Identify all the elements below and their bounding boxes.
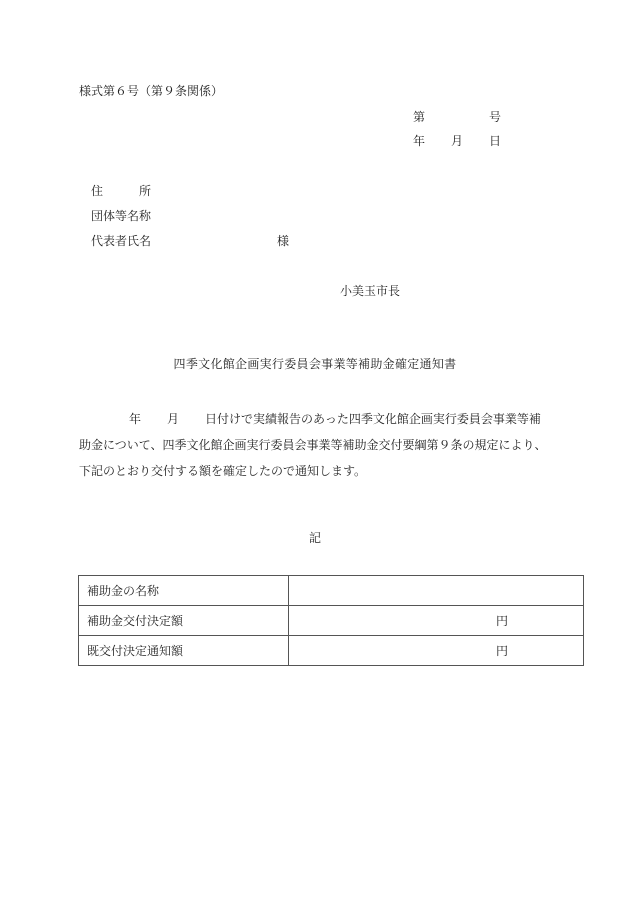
recipient-organization-label: 団体等名称 xyxy=(91,209,151,223)
recipient-representative-label: 代表者氏名 xyxy=(91,234,151,248)
recipient-address-label: 住 所 xyxy=(91,184,151,198)
body-month: 月 xyxy=(167,406,179,432)
date-day: 日 xyxy=(489,134,501,148)
document-title: 四季文化館企画実行委員会事業等補助金確定通知書 xyxy=(0,357,630,371)
row-value: 円 xyxy=(289,606,584,636)
row-label: 既交付決定通知額 xyxy=(79,636,289,666)
body-year: 年 xyxy=(129,406,141,432)
form-number: 様式第６号（第９条関係） xyxy=(79,84,223,98)
recipient-honorific: 様 xyxy=(277,234,289,248)
row-label: 補助金交付決定額 xyxy=(79,606,289,636)
body-line-1: 年 月 日付けで実績報告のあった四季文化館企画実行委員会事業等補 xyxy=(79,406,599,432)
date-year: 年 xyxy=(413,134,425,148)
number-prefix: 第 xyxy=(413,110,425,124)
row-label: 補助金の名称 xyxy=(79,576,289,606)
row-value xyxy=(289,576,584,606)
subsidy-details-table: 補助金の名称 補助金交付決定額 円 既交付決定通知額 円 xyxy=(78,575,584,666)
row-value: 円 xyxy=(289,636,584,666)
number-suffix: 号 xyxy=(489,110,501,124)
issuer-name: 小美玉市長 xyxy=(340,284,400,298)
body-text: 年 月 日付けで実績報告のあった四季文化館企画実行委員会事業等補 助金について、… xyxy=(79,406,599,484)
body-line-1-rest: 日付けで実績報告のあった四季文化館企画実行委員会事業等補 xyxy=(205,406,541,432)
ki-heading: 記 xyxy=(0,531,630,545)
date-month: 月 xyxy=(451,134,463,148)
body-line-2: 助金について、四季文化館企画実行委員会事業等補助金交付要綱第９条の規定により、 xyxy=(79,432,599,458)
body-line-3: 下記のとおり交付する額を確定したので通知します。 xyxy=(79,458,599,484)
table-row: 既交付決定通知額 円 xyxy=(79,636,584,666)
table-row: 補助金の名称 xyxy=(79,576,584,606)
table-row: 補助金交付決定額 円 xyxy=(79,606,584,636)
